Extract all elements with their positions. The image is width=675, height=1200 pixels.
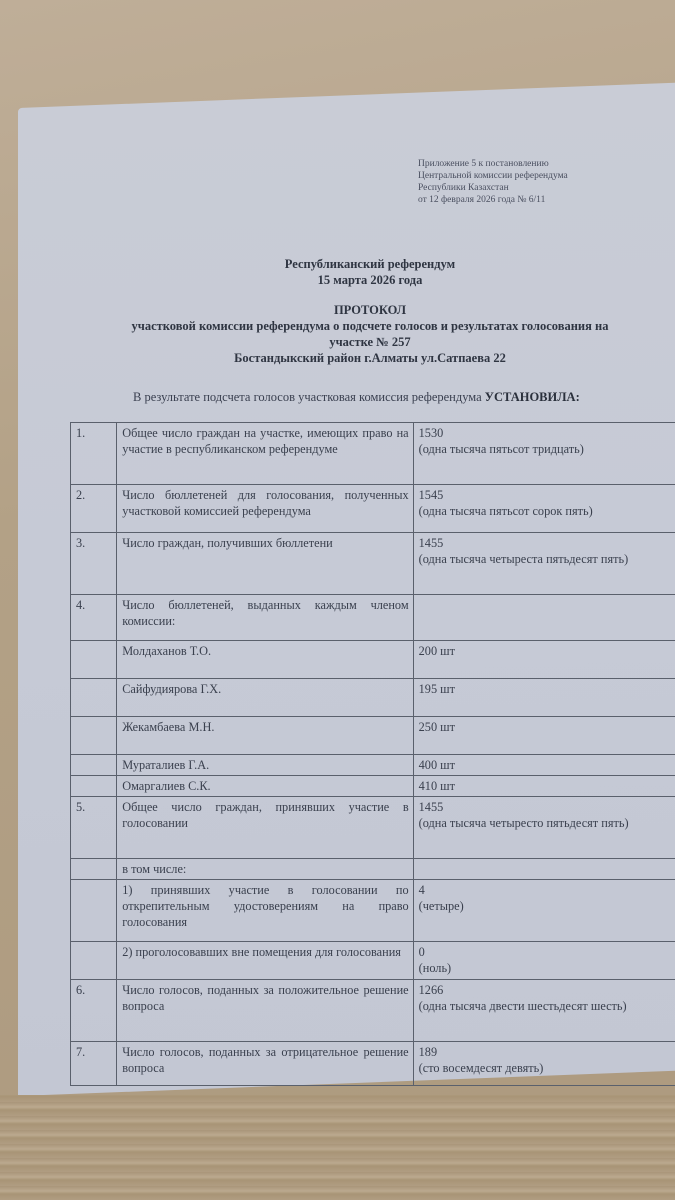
table-row: 7.Число голосов, поданных за отрицательн… <box>71 1042 675 1086</box>
row-value-cell: 0(ноль) <box>413 942 675 980</box>
row-description: Мураталиев Г.А. <box>117 755 413 776</box>
referendum-name: Республиканский референдум <box>0 256 675 272</box>
row-value-cell: 1530(одна тысяча пятьсот тридцать) <box>413 423 675 485</box>
row-value: 1545 <box>419 487 675 503</box>
row-description: 2) проголосовавших вне помещения для гол… <box>117 942 413 980</box>
row-value-cell: 189(сто восемдесят девять) <box>413 1042 675 1086</box>
row-description: Сайфудиярова Г.Х. <box>117 679 413 717</box>
table-row: 1) принявших участие в голосовании по от… <box>71 880 675 942</box>
referendum-date: 15 марта 2026 года <box>0 272 675 288</box>
row-number <box>71 717 117 755</box>
protocol-subtitle: участковой комиссии референдума о подсче… <box>0 318 675 334</box>
row-value: 410 шт <box>419 778 675 794</box>
row-value-cell: 1266(одна тысяча двести шестьдесят шесть… <box>413 980 675 1042</box>
row-value-cell: 195 шт <box>413 679 675 717</box>
row-number <box>71 942 117 980</box>
table-row: 3.Число граждан, получивших бюллетени145… <box>71 533 675 595</box>
row-value: 200 шт <box>419 643 675 659</box>
row-number: 1. <box>71 423 117 485</box>
table-row: Омаргалиев С.К.410 шт <box>71 776 675 797</box>
row-number: 2. <box>71 485 117 533</box>
row-value: 1530 <box>419 425 675 441</box>
row-number: 5. <box>71 797 117 859</box>
table-row: 2.Число бюллетеней для голосования, полу… <box>71 485 675 533</box>
results-table: 1.Общее число граждан на участке, имеющи… <box>70 422 675 1086</box>
appendix-line: Приложение 5 к постановлению <box>418 158 568 170</box>
row-value: 1266 <box>419 982 675 998</box>
row-value-words: (сто восемдесят девять) <box>419 1060 675 1076</box>
row-value-words: (четыре) <box>419 898 675 914</box>
row-value-cell <box>413 859 675 880</box>
row-value: 1455 <box>419 535 675 551</box>
row-value-words: (одна тысяча пятьсот тридцать) <box>419 441 675 457</box>
row-description: Общее число граждан, принявших участие в… <box>117 797 413 859</box>
row-number: 7. <box>71 1042 117 1086</box>
row-value: 400 шт <box>419 757 675 773</box>
appendix-line: от 12 февраля 2026 года № 6/11 <box>418 194 568 206</box>
row-value-cell: 4(четыре) <box>413 880 675 942</box>
appendix-line: Республики Казахстан <box>418 182 568 194</box>
document: Приложение 5 к постановлению Центральной… <box>0 0 675 1200</box>
row-value: 4 <box>419 882 675 898</box>
row-value-words: (одна тысяча четыресто пятьдесят пять) <box>419 815 675 831</box>
row-value-cell <box>413 595 675 641</box>
referendum-title: Республиканский референдум 15 марта 2026… <box>0 256 675 288</box>
row-description: Число голосов, поданных за положительное… <box>117 980 413 1042</box>
row-description: 1) принявших участие в голосовании по от… <box>117 880 413 942</box>
row-description: Число бюллетеней для голосования, получе… <box>117 485 413 533</box>
established-label: УСТАНОВИЛА: <box>485 390 580 404</box>
row-description: Число бюллетеней, выданных каждым членом… <box>117 595 413 641</box>
table-row: 2) проголосовавших вне помещения для гол… <box>71 942 675 980</box>
row-number: 6. <box>71 980 117 1042</box>
row-description: Число голосов, поданных за отрицательное… <box>117 1042 413 1086</box>
row-description: Общее число граждан на участке, имеющих … <box>117 423 413 485</box>
row-value-words: (ноль) <box>419 960 675 976</box>
table-row: 6.Число голосов, поданных за положительн… <box>71 980 675 1042</box>
row-number: 4. <box>71 595 117 641</box>
row-number: 3. <box>71 533 117 595</box>
row-value-words: (одна тысяча четыреста пятьдесят пять) <box>419 551 675 567</box>
row-value-cell: 410 шт <box>413 776 675 797</box>
row-value-words: (одна тысяча двести шестьдесят шесть) <box>419 998 675 1014</box>
precinct-number: участке № 257 <box>0 334 675 350</box>
row-value-cell: 400 шт <box>413 755 675 776</box>
row-value-cell: 1545(одна тысяча пятьсот сорок пять) <box>413 485 675 533</box>
row-value: 0 <box>419 944 675 960</box>
row-description: Молдаханов Т.О. <box>117 641 413 679</box>
intro-statement: В результате подсчета голосов участковая… <box>133 390 580 405</box>
protocol-heading: ПРОТОКОЛ участковой комиссии референдума… <box>0 302 675 366</box>
row-description: Число граждан, получивших бюллетени <box>117 533 413 595</box>
appendix-note: Приложение 5 к постановлению Центральной… <box>418 158 568 206</box>
row-value-cell: 1455(одна тысяча четыресто пятьдесят пят… <box>413 797 675 859</box>
row-value: 250 шт <box>419 719 675 735</box>
row-number <box>71 880 117 942</box>
table-row: Сайфудиярова Г.Х.195 шт <box>71 679 675 717</box>
table-row: Жекамбаева М.Н.250 шт <box>71 717 675 755</box>
row-description: Омаргалиев С.К. <box>117 776 413 797</box>
protocol-title: ПРОТОКОЛ <box>0 302 675 318</box>
row-number <box>71 679 117 717</box>
row-description: Жекамбаева М.Н. <box>117 717 413 755</box>
table-row: 5.Общее число граждан, принявших участие… <box>71 797 675 859</box>
table-row: 1.Общее число граждан на участке, имеющи… <box>71 423 675 485</box>
row-value: 1455 <box>419 799 675 815</box>
row-value: 195 шт <box>419 681 675 697</box>
row-value-cell: 1455(одна тысяча четыреста пятьдесят пят… <box>413 533 675 595</box>
row-description: в том числе: <box>117 859 413 880</box>
appendix-line: Центральной комиссии референдума <box>418 170 568 182</box>
row-value-words: (одна тысяча пятьсот сорок пять) <box>419 503 675 519</box>
table-row: в том числе: <box>71 859 675 880</box>
row-value-cell: 200 шт <box>413 641 675 679</box>
table-row: Молдаханов Т.О.200 шт <box>71 641 675 679</box>
row-value: 189 <box>419 1044 675 1060</box>
row-number <box>71 641 117 679</box>
table-row: Мураталиев Г.А.400 шт <box>71 755 675 776</box>
row-number <box>71 755 117 776</box>
row-value-cell: 250 шт <box>413 717 675 755</box>
precinct-location: Бостандыкский район г.Алматы ул.Сатпаева… <box>0 350 675 366</box>
table-row: 4.Число бюллетеней, выданных каждым член… <box>71 595 675 641</box>
row-number <box>71 859 117 880</box>
row-number <box>71 776 117 797</box>
